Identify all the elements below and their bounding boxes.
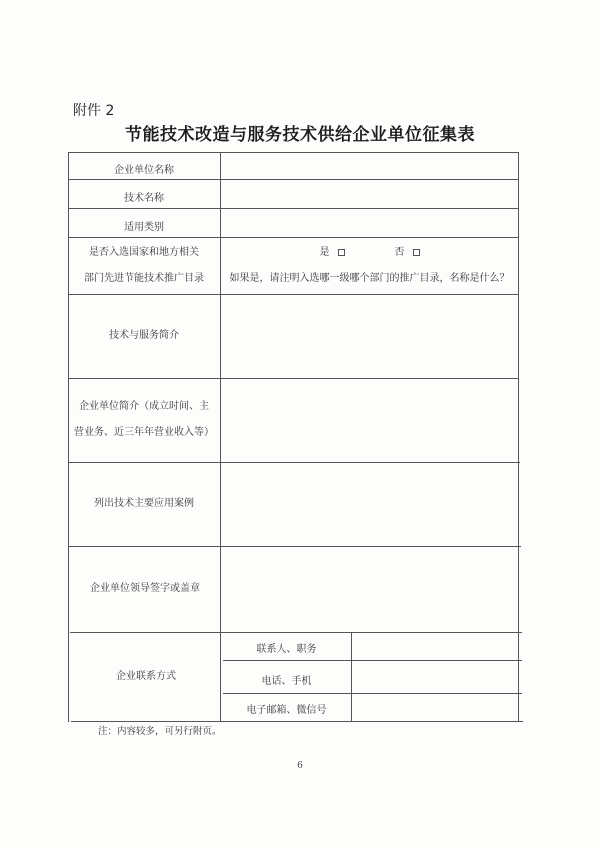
label-text: 企业联系方式 <box>116 664 176 690</box>
input-signature[interactable] <box>222 547 519 632</box>
label-text: 电子邮箱、微信号 <box>247 698 327 724</box>
label-selected-catalog: 是否入选国家和地方相关 部门先进节能技术推广目录 <box>68 237 220 294</box>
table-border-right <box>518 152 519 722</box>
label-text: 企业单位领导签字或盖章 <box>90 576 200 602</box>
input-tech-name[interactable] <box>221 180 518 208</box>
label-text-line: 部门先进节能技术推广目录 <box>84 266 204 292</box>
selected-catalog-field: 是 否 如果是，请注明入选哪一级哪个部门的推广目录，名称是什么？ <box>221 237 518 294</box>
input-contact-email[interactable] <box>352 694 518 721</box>
no-checkbox[interactable] <box>413 249 420 256</box>
label-text-line: 企业单位简介（成立时间、主 <box>79 394 209 420</box>
input-tech-intro[interactable] <box>221 295 518 378</box>
input-category[interactable] <box>221 209 518 237</box>
yes-checkbox[interactable] <box>338 249 345 256</box>
label-text-line: 是否入选国家和地方相关 <box>89 240 199 266</box>
input-company-intro[interactable] <box>221 379 518 462</box>
attachment-label: 附件 2 <box>73 100 114 120</box>
page-number: 6 <box>0 761 600 771</box>
label-contact-person: 联系人、职务 <box>222 632 351 660</box>
label-company-name: 企业单位名称 <box>68 152 220 179</box>
label-text: 技术与服务简介 <box>109 323 179 349</box>
label-category: 适用类别 <box>68 208 220 237</box>
input-company-name[interactable] <box>221 153 518 179</box>
label-contact-phone: 电话、手机 <box>222 660 351 693</box>
yes-option[interactable]: 是 <box>320 240 345 266</box>
no-label: 否 <box>395 240 405 266</box>
label-contact: 企业联系方式 <box>70 632 222 721</box>
input-cases[interactable] <box>221 463 518 546</box>
label-signature: 企业单位领导签字或盖章 <box>69 546 221 632</box>
label-contact-email: 电子邮箱、微信号 <box>222 693 351 721</box>
no-option[interactable]: 否 <box>395 240 420 266</box>
form-title: 节能技术改造与服务技术供给企业单位征集表 <box>0 120 600 145</box>
label-text: 列出技术主要应用案例 <box>94 491 194 517</box>
label-text: 电话、手机 <box>262 669 312 695</box>
label-cases: 列出技术主要应用案例 <box>68 462 220 546</box>
yes-label: 是 <box>320 240 330 266</box>
selected-hint: 如果是，请注明入选哪一级哪个部门的推广目录，名称是什么？ <box>230 266 510 292</box>
input-contact-person[interactable] <box>352 633 518 660</box>
footnote: 注：内容较多，可另行附页。 <box>98 723 222 737</box>
label-tech-intro: 技术与服务简介 <box>68 294 220 378</box>
input-contact-phone[interactable] <box>352 661 518 693</box>
label-company-intro: 企业单位简介（成立时间、主 营业务、近三年年营业收入等） <box>68 378 220 462</box>
label-text-line: 营业务、近三年年营业收入等） <box>74 420 214 446</box>
label-tech-name: 技术名称 <box>68 179 220 208</box>
